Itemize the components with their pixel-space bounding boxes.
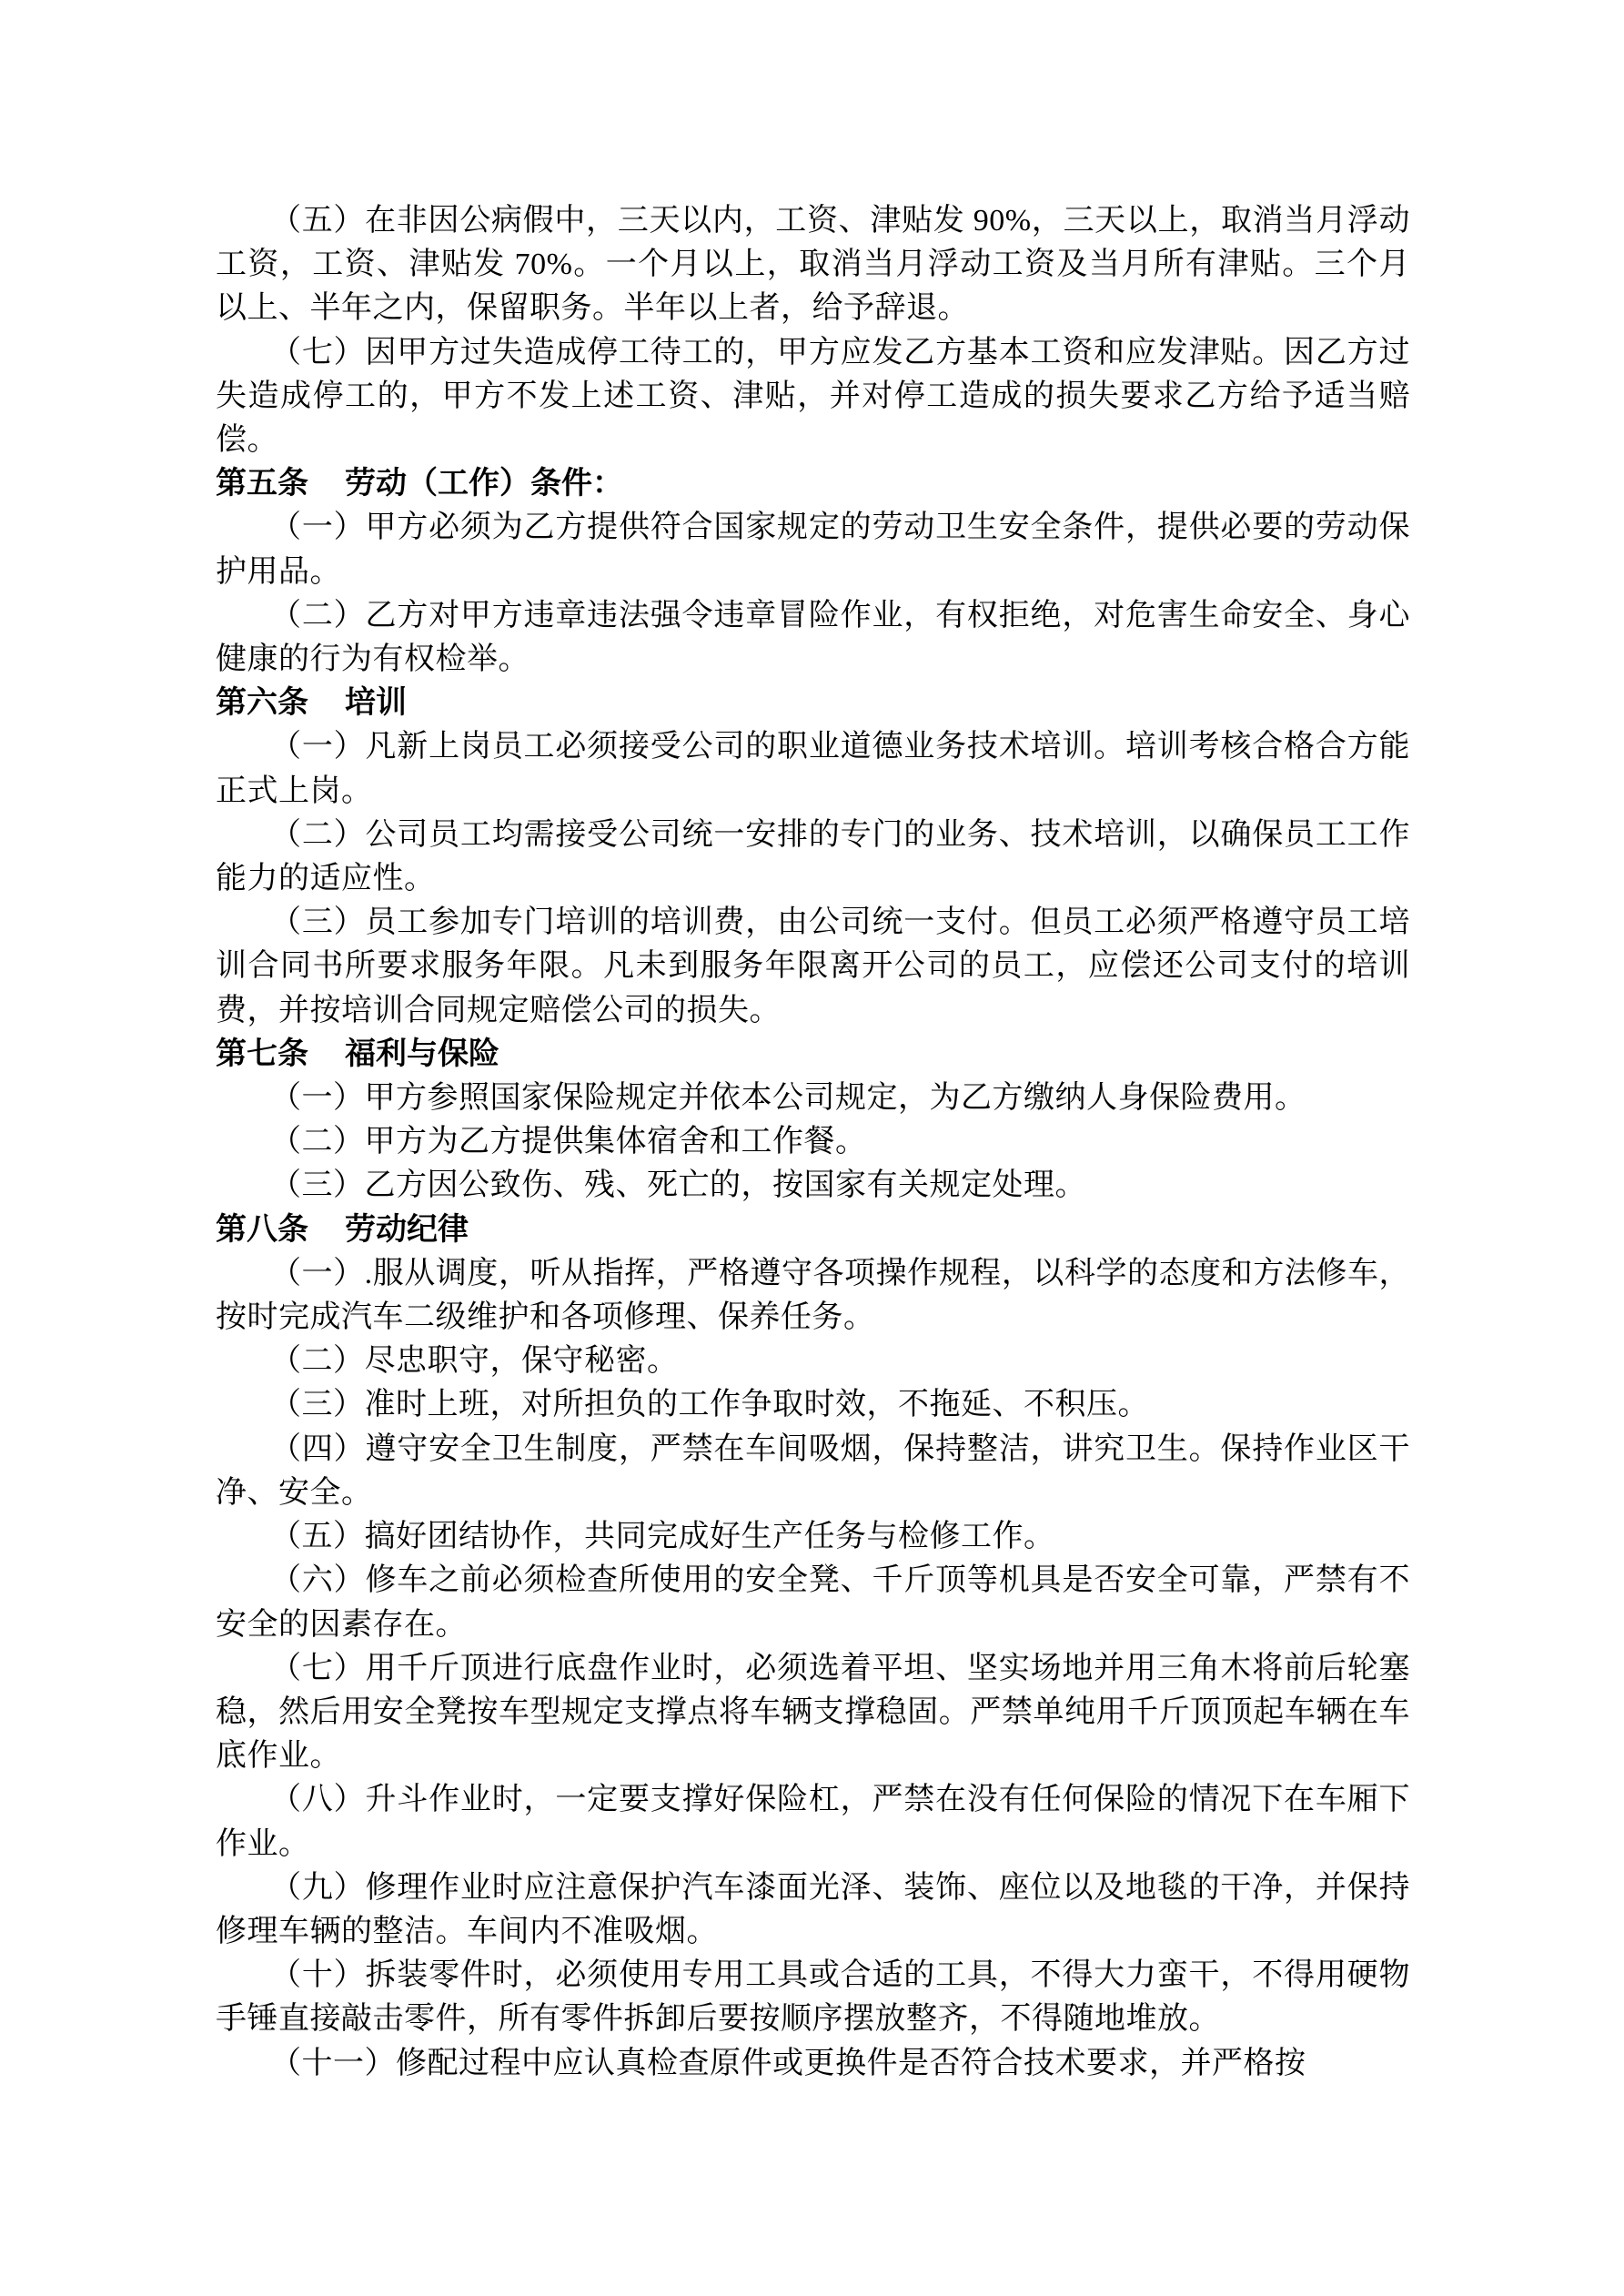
contract-paragraph: （一）甲方必须为乙方提供符合国家规定的劳动卫生安全条件，提供必要的劳动保护用品。: [216, 506, 1410, 593]
article-title: 劳动纪律: [345, 1213, 469, 1247]
contract-paragraph: （二）尽忠职守，保守秘密。: [216, 1340, 1410, 1383]
article-heading-6: 第六条培训: [216, 682, 1410, 725]
contract-paragraph: （二）公司员工均需接受公司统一安排的专门的业务、技术培训，以确保员工工作能力的适…: [216, 814, 1410, 901]
contract-paragraph: （五）搞好团结协作，共同完成好生产任务与检修工作。: [216, 1515, 1410, 1559]
contract-paragraph: （三）乙方因公致伤、残、死亡的，按国家有关规定处理。: [216, 1164, 1410, 1208]
article-heading-5: 第五条劳动（工作）条件：: [216, 462, 1410, 506]
article-number: 第五条: [216, 467, 308, 501]
contract-paragraph: （四）遵守安全卫生制度，严禁在车间吸烟，保持整洁，讲究卫生。保持作业区干净、安全…: [216, 1428, 1410, 1515]
contract-paragraph: （三）准时上班，对所担负的工作争取时效，不拖延、不积压。: [216, 1383, 1410, 1427]
article-heading-8: 第八条劳动纪律: [216, 1209, 1410, 1252]
contract-paragraph: （一）甲方参照国家保险规定并依本公司规定，为乙方缴纳人身保险费用。: [216, 1077, 1410, 1120]
contract-paragraph: （一）凡新上岗员工必须接受公司的职业道德业务技术培训。培训考核合格合方能正式上岗…: [216, 725, 1410, 813]
contract-paragraph: （一）.服从调度，听从指挥，严格遵守各项操作规程，以科学的态度和方法修车，按时完…: [216, 1252, 1410, 1340]
contract-paragraph: （五）在非因公病假中，三天以内，工资、津贴发 90%，三天以上，取消当月浮动工资…: [216, 199, 1410, 331]
contract-paragraph: （九）修理作业时应注意保护汽车漆面光泽、装饰、座位以及地毯的干净，并保持修理车辆…: [216, 1866, 1410, 1954]
document-content: （五）在非因公病假中，三天以内，工资、津贴发 90%，三天以上，取消当月浮动工资…: [216, 199, 1410, 2086]
contract-paragraph: （三）员工参加专门培训的培训费，由公司统一支付。但员工必须严格遵守员工培训合同书…: [216, 901, 1410, 1033]
contract-paragraph: （七）因甲方过失造成停工待工的，甲方应发乙方基本工资和应发津贴。因乙方过失造成停…: [216, 331, 1410, 463]
article-title: 劳动（工作）条件：: [345, 467, 623, 501]
article-title: 培训: [345, 686, 407, 720]
contract-paragraph: （二）乙方对甲方违章违法强令违章冒险作业，有权拒绝，对危害生命安全、身心健康的行…: [216, 594, 1410, 682]
contract-paragraph: （六）修车之前必须检查所使用的安全凳、千斤顶等机具是否安全可靠，严禁有不安全的因…: [216, 1559, 1410, 1646]
contract-paragraph: （二）甲方为乙方提供集体宿舍和工作餐。: [216, 1120, 1410, 1164]
contract-paragraph: （七）用千斤顶进行底盘作业时，必须选着平坦、坚实场地并用三角木将前后轮塞稳，然后…: [216, 1647, 1410, 1779]
article-number: 第六条: [216, 686, 308, 720]
document-page: （五）在非因公病假中，三天以内，工资、津贴发 90%，三天以上，取消当月浮动工资…: [0, 0, 1624, 2296]
article-heading-7: 第七条福利与保险: [216, 1033, 1410, 1077]
article-number: 第七条: [216, 1037, 308, 1071]
contract-paragraph: （十一）修配过程中应认真检查原件或更换件是否符合技术要求，并严格按: [216, 2042, 1410, 2086]
article-title: 福利与保险: [345, 1037, 499, 1071]
article-number: 第八条: [216, 1213, 308, 1247]
contract-paragraph: （八）升斗作业时，一定要支撑好保险杠，严禁在没有任何保险的情况下在车厢下作业。: [216, 1778, 1410, 1866]
contract-paragraph: （十）拆装零件时，必须使用专用工具或合适的工具，不得大力蛮干，不得用硬物手锤直接…: [216, 1954, 1410, 2041]
